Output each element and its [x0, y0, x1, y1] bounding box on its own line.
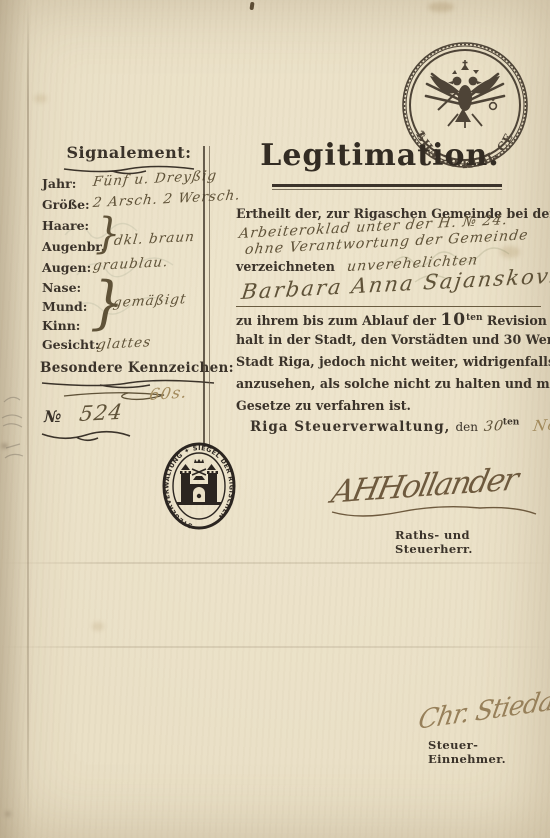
- date-den: den: [455, 420, 478, 434]
- body-text-line5: Stadt Riga, jedoch nicht weiter, widrige…: [236, 356, 541, 369]
- field-value-gesicht: glattes: [96, 334, 152, 353]
- field-label-haare: Haare:: [42, 218, 89, 233]
- signalement-title: Signalement:: [40, 143, 218, 162]
- field-label-groesse: Größe:: [42, 197, 90, 212]
- collector-signature: Chr. Stieda: [416, 686, 550, 736]
- pencil-marks-margin: [0, 388, 30, 478]
- date-line: Riga Steuerverwaltung, den 30ten Novembe…: [250, 416, 550, 435]
- signature-flourish: [330, 498, 540, 522]
- revision-suffix-2: ten: [466, 313, 482, 323]
- body-text-line4: halt in der Stadt, den Vorstädten und 30…: [236, 334, 541, 347]
- number-value: 524: [78, 400, 124, 426]
- ink-speck-top: [249, 2, 254, 10]
- field-label-jahr: Jahr:: [42, 176, 76, 191]
- page-title: Legitimation.: [250, 138, 510, 173]
- document-page: ЦѢНА 20 КОП. СЕР. Signalement: Jahr: Fü: [0, 0, 550, 838]
- body-text-line6: anzusehen, als solche nicht zu halten un…: [236, 378, 541, 391]
- riga-gate-emblem: [177, 459, 221, 505]
- foxing-spot: [428, 2, 454, 12]
- printed-word-verzeichneten: verzeichneten: [236, 259, 335, 274]
- foxing-spot: [34, 94, 47, 103]
- field-label-nase: Nase:: [42, 280, 81, 295]
- councillor-title: Raths- und Steuerherr.: [395, 528, 550, 556]
- field-label-gesicht: Gesicht:: [42, 337, 100, 352]
- foxing-spot: [92, 622, 104, 631]
- tax-office-seal: STEUERVERWALTUNG ✦ SIEGEL DER RIGISCHEN: [160, 440, 238, 532]
- body-text-line7: Gesetze zu verfahren ist.: [236, 400, 541, 413]
- issuing-office: Riga Steuerverwaltung,: [250, 419, 450, 435]
- fold-crease-horizontal-1: [0, 562, 550, 564]
- field-label-kinn: Kinn:: [42, 318, 80, 333]
- number-sign: №: [44, 407, 61, 426]
- double-eagle-emblem: [426, 60, 504, 128]
- ink-speck: [6, 812, 10, 816]
- body1-pre: zu ihrem bis zum Ablauf der: [236, 313, 436, 328]
- body1-post: Revision ungehinderten Aufent-: [487, 313, 550, 328]
- field-label-augen: Augen:: [42, 260, 91, 275]
- date-month: November: [532, 411, 550, 435]
- side-note: 60s.: [148, 382, 189, 404]
- revision-number-2: 10: [440, 310, 466, 330]
- column-divider-rule: [203, 146, 210, 446]
- flourish-under-number: [40, 430, 132, 444]
- date-day: 30: [483, 418, 505, 435]
- field-label-mund: Mund:: [42, 299, 87, 314]
- collector-title: Steuer-Einnehmer.: [428, 738, 550, 766]
- body-text-line3: zu ihrem bis zum Ablauf der 10ten Revisi…: [236, 312, 541, 329]
- title-rule: [272, 184, 502, 190]
- date-day-suffix: ten: [503, 418, 519, 428]
- name-underline: [236, 306, 541, 307]
- fold-crease-horizontal-2: [0, 646, 550, 648]
